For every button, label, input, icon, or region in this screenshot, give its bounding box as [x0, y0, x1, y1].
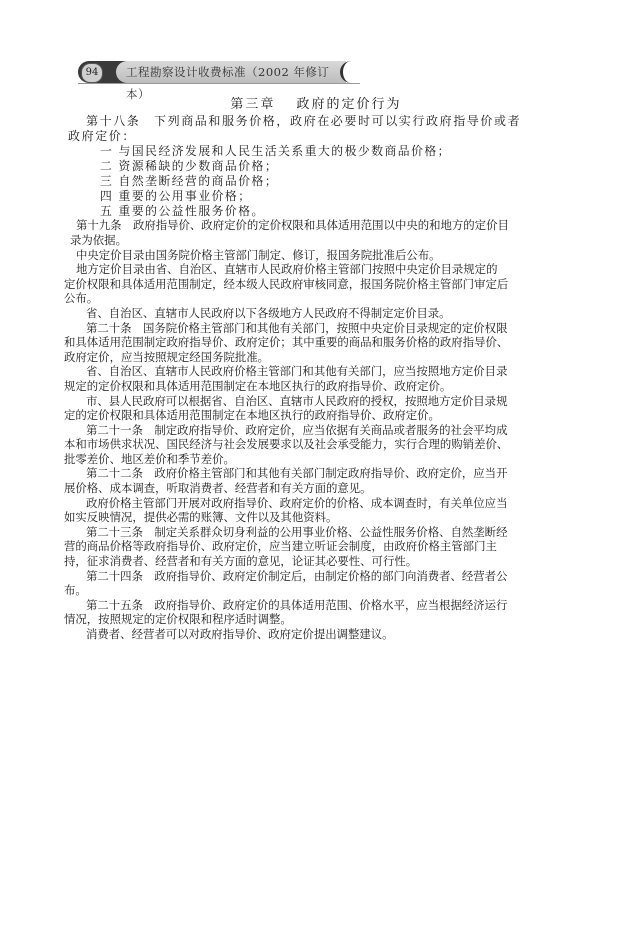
text-line: 第十八条 下列商品和服务价格，政府在必要时可以实行政府指导价或者 [64, 114, 554, 129]
text-line: 第二十一条 制定政府指导价、政府定价，应当依据有关商品或者服务的社会平均成 [64, 423, 554, 438]
text-line: 政府价格主管部门开展对政府指导价、政府定价的价格、成本调查时，有关单位应当 [64, 496, 554, 511]
text-line: 消费者、经营者可以对政府指导价、政府定价提出调整建议。 [64, 627, 554, 642]
text-line: 本和市场供求状况、国民经济与社会发展要求以及社会承受能力，实行合理的购销差价、 [64, 437, 554, 452]
text-line: 规定的定价权限和具体适用范围制定在本地区执行的政府指导价、政府定价。 [64, 379, 554, 394]
document-body: 第三章 政府的定价行为 第十八条 下列商品和服务价格，政府在必要时可以实行政府指… [64, 96, 554, 642]
text-line: 省、自治区、直辖市人民政府价格主管部门和其他有关部门，应当按照地方定价目录 [64, 364, 554, 379]
text-line: 二 资源稀缺的少数商品价格； [64, 159, 554, 174]
text-line: 如实反映情况，提供必需的账簿、文件以及其他资料。 [64, 510, 554, 525]
text-line: 地方定价目录由省、自治区、直辖市人民政府价格主管部门按照中央定价目录规定的 [64, 262, 554, 277]
text-line: 布。 [64, 583, 554, 598]
text-lines: 第十八条 下列商品和服务价格，政府在必要时可以实行政府指导价或者政府定价：一 与… [64, 114, 554, 642]
text-line: 政府定价： [64, 129, 554, 144]
text-line: 定的定价权限和具体适用范围制定在本地区执行的政府指导价、政府定价。 [64, 408, 554, 423]
text-line: 定价权限和具体适用范围制定，经本级人民政府审核同意，报国务院价格主管部门审定后 [64, 277, 554, 292]
text-line: 第十九条 政府指导价、政府定价的定价权限和具体适用范围以中央的和地方的定价目 [64, 218, 554, 233]
text-line: 三 自然垄断经营的商品价格； [64, 174, 554, 189]
text-line: 第二十四条 政府指导价、政府定价制定后，由制定价格的部门向消费者、经营者公 [64, 569, 554, 584]
running-header: 工程勘察设计收费标准（2002 年修订本） 94 [78, 61, 350, 83]
header-rule [78, 83, 360, 84]
text-line: 第二十五条 政府指导价、政府定价的具体适用范围、价格水平，应当根据经济运行 [64, 598, 554, 613]
text-line: 第二十二条 政府价格主管部门和其他有关部门制定政府指导价、政府定价，应当开 [64, 466, 554, 481]
header-end-cap [340, 61, 357, 83]
page-number: 94 [81, 63, 103, 83]
text-line: 和具体适用范围制定政府指导价、政府定价；其中重要的商品和服务价格的政府指导价、 [64, 335, 554, 350]
text-line: 情况，按照规定的定价权限和程序适时调整。 [64, 612, 554, 627]
text-line: 一 与国民经济发展和人民生活关系重大的极少数商品价格； [64, 144, 554, 159]
header-book-title: 工程勘察设计收费标准（2002 年修订本） [116, 61, 346, 83]
text-line: 四 重要的公用事业价格； [64, 189, 554, 204]
text-line: 录为依据。 [64, 233, 554, 248]
text-line: 第二十三条 制定关系群众切身利益的公用事业价格、公益性服务价格、自然垄断经 [64, 525, 554, 540]
chapter-title: 第三章 政府的定价行为 [64, 96, 554, 113]
text-line: 第二十条 国务院价格主管部门和其他有关部门，按照中央定价目录规定的定价权限 [64, 321, 554, 336]
text-line: 五 重要的公益性服务价格。 [64, 204, 554, 219]
text-line: 营的商品价格等政府指导价、政府定价，应当建立听证会制度，由政府价格主管部门主 [64, 539, 554, 554]
text-line: 市、县人民政府可以根据省、自治区、直辖市人民政府的授权，按照地方定价目录规 [64, 394, 554, 409]
text-line: 政府定价，应当按照规定经国务院批准。 [64, 350, 554, 365]
text-line: 批零差价、地区差价和季节差价。 [64, 452, 554, 467]
text-line: 中央定价目录由国务院价格主管部门制定、修订，报国务院批准后公布。 [64, 248, 554, 263]
text-line: 省、自治区、直辖市人民政府以下各级地方人民政府不得制定定价目录。 [64, 306, 554, 321]
text-line: 展价格、成本调查，听取消费者、经营者和有关方面的意见。 [64, 481, 554, 496]
text-line: 公布。 [64, 291, 554, 306]
text-line: 持，征求消费者、经营者和有关方面的意见，论证其必要性、可行性。 [64, 554, 554, 569]
